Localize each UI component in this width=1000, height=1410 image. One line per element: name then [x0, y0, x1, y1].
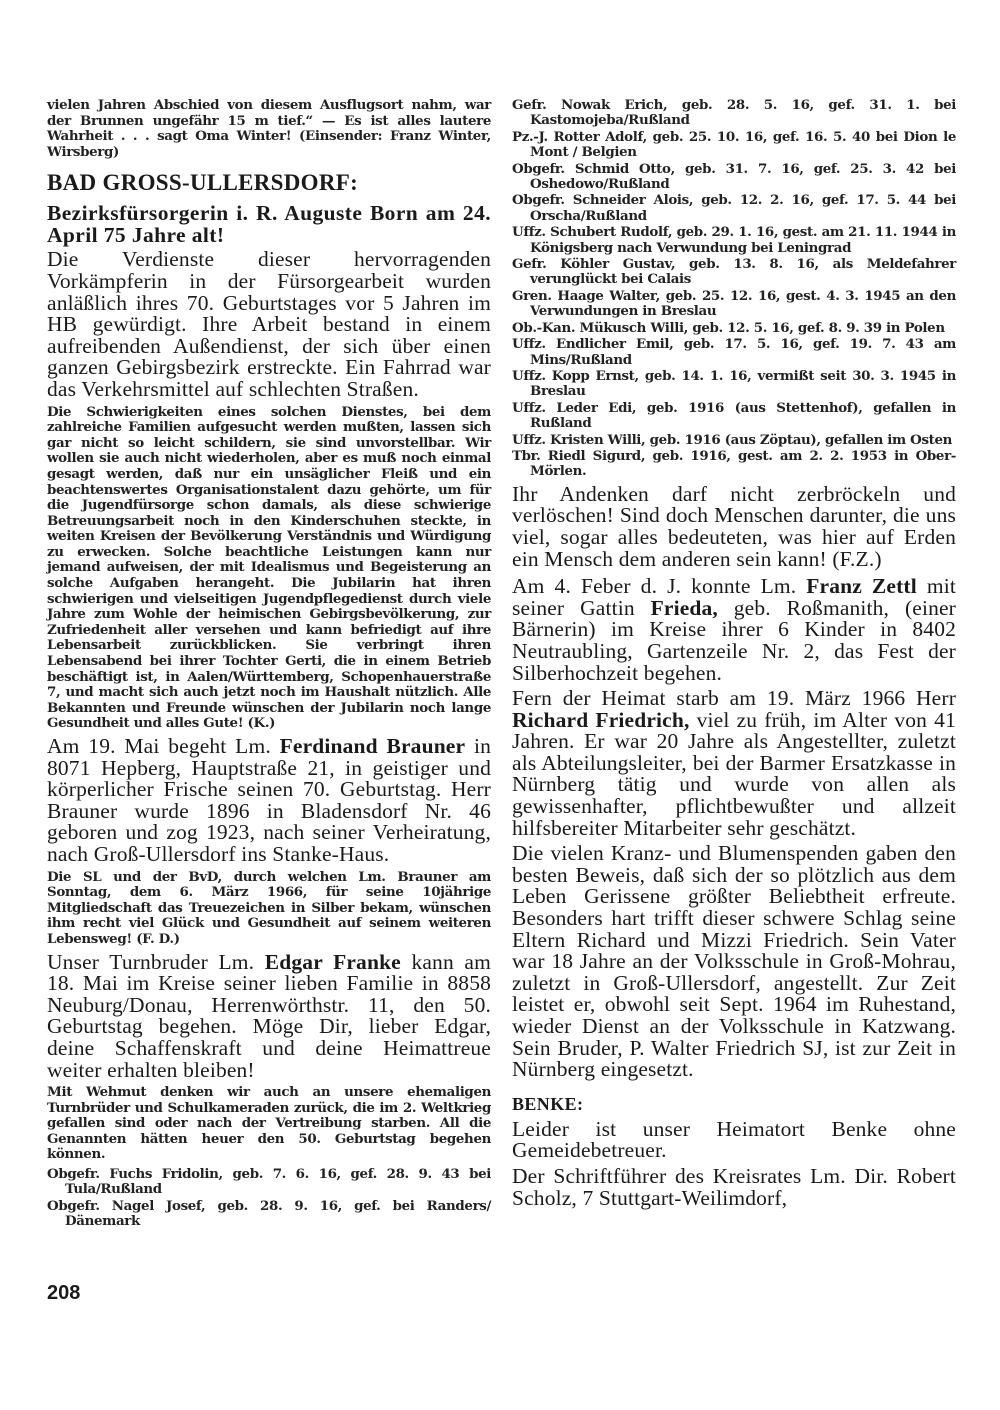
section-title-bad-gross-ullersdorf: BAD GROSS-ULLERSDORF:: [47, 170, 491, 196]
fallen-entry: Uffz. Schubert Rudolf, geb. 29. 1. 16, g…: [512, 225, 956, 256]
zettl-spouse-name: Frieda,: [651, 596, 718, 620]
fallen-entry: Uffz. Endlicher Emil, geb. 17. 5. 16, ge…: [512, 337, 956, 368]
friedrich-name: Richard Friedrich,: [512, 708, 689, 732]
fallen-entry: Gefr. Köhler Gustav, geb. 13. 8. 16, als…: [512, 257, 956, 288]
fallen-entry: Obgefr. Schmid Otto, geb. 31. 7. 16, gef…: [512, 162, 956, 193]
memorial-closing-paragraph: Ihr Andenken darf nicht zerbröckeln und …: [512, 484, 956, 570]
benke-paragraph-2: Der Schriftführer des Kreisrates Lm. Dir…: [512, 1166, 956, 1209]
zettl-paragraph: Am 4. Feber d. J. konnte Lm. Franz Zettl…: [512, 576, 956, 684]
benke-paragraph-1: Leider ist unser Heimatort Benke ohne Ge…: [512, 1119, 956, 1162]
fallen-entry: Uffz. Leder Edi, geb. 1916 (aus Stettenh…: [512, 401, 956, 432]
fallen-entry: Obgefr. Fuchs Fridolin, geb. 7. 6. 16, g…: [47, 1167, 491, 1198]
brauner-body-paragraph: Die SL und der BvD, durch welchen Lm. Br…: [47, 870, 491, 948]
article-subtitle-born: Bezirksfürsorgerin i. R. Auguste Born am…: [47, 202, 491, 246]
friedrich-paragraph: Fern der Heimat starb am 19. März 1966 H…: [512, 688, 956, 839]
fallen-entry: Ob.-Kan. Mükusch Willi, geb. 12. 5. 16, …: [512, 321, 956, 336]
friedrich-text-pre: Fern der Heimat starb am 19. März 1966 H…: [512, 686, 956, 710]
left-column: vielen Jahren Abschied von diesem Ausflu…: [47, 98, 491, 1231]
fallen-entry: Gefr. Nowak Erich, geb. 28. 5. 16, gef. …: [512, 98, 956, 129]
fallen-entry: Uffz. Kristen Willi, geb. 1916 (aus Zöpt…: [512, 433, 956, 448]
born-lead-paragraph: Die Verdienste dieser hervorragenden Vor…: [47, 249, 491, 400]
fallen-entry: Tbr. Riedl Sigurd, geb. 1916, gest. am 2…: [512, 449, 956, 480]
fallen-entry: Uffz. Kopp Ernst, geb. 14. 1. 16, vermiß…: [512, 369, 956, 400]
fallen-entry: Gren. Haage Walter, geb. 25. 12. 16, ges…: [512, 289, 956, 320]
born-body-paragraph: Die Schwierigkeiten eines solchen Dienst…: [47, 405, 491, 732]
fallen-entry: Obgefr. Nagel Josef, geb. 28. 9. 16, gef…: [47, 1199, 491, 1230]
right-column: Gefr. Nowak Erich, geb. 28. 5. 16, gef. …: [512, 98, 956, 1209]
brauner-paragraph: Am 19. Mai begeht Lm. Ferdinand Brauner …: [47, 736, 491, 866]
memorial-intro-paragraph: Mit Wehmut denken wir auch an unsere ehe…: [47, 1085, 491, 1163]
page-number: 208: [47, 1282, 80, 1305]
friedrich-body-paragraph: Die vielen Kranz- und Blumenspenden gabe…: [512, 843, 956, 1081]
zettl-text-pre: Am 4. Feber d. J. konnte Lm.: [512, 574, 806, 598]
brauner-name: Ferdinand Brauner: [280, 734, 466, 758]
fallen-list-right: Gefr. Nowak Erich, geb. 28. 5. 16, gef. …: [512, 98, 956, 480]
section-title-benke: BENKE:: [512, 1093, 956, 1115]
zettl-name: Franz Zettl: [806, 574, 917, 598]
franke-paragraph: Unser Turnbruder Lm. Edgar Franke kann a…: [47, 952, 491, 1082]
franke-name: Edgar Franke: [265, 950, 401, 974]
fallen-list-left: Obgefr. Fuchs Fridolin, geb. 7. 6. 16, g…: [47, 1167, 491, 1230]
franke-text-pre: Unser Turnbruder Lm.: [47, 950, 265, 974]
fallen-entry: Pz.-J. Rotter Adolf, geb. 25. 10. 16, ge…: [512, 130, 956, 161]
fallen-entry: Obgefr. Schneider Alois, geb. 12. 2. 16,…: [512, 193, 956, 224]
intro-paragraph: vielen Jahren Abschied von diesem Ausflu…: [47, 98, 491, 160]
brauner-text-pre: Am 19. Mai begeht Lm.: [47, 734, 280, 758]
